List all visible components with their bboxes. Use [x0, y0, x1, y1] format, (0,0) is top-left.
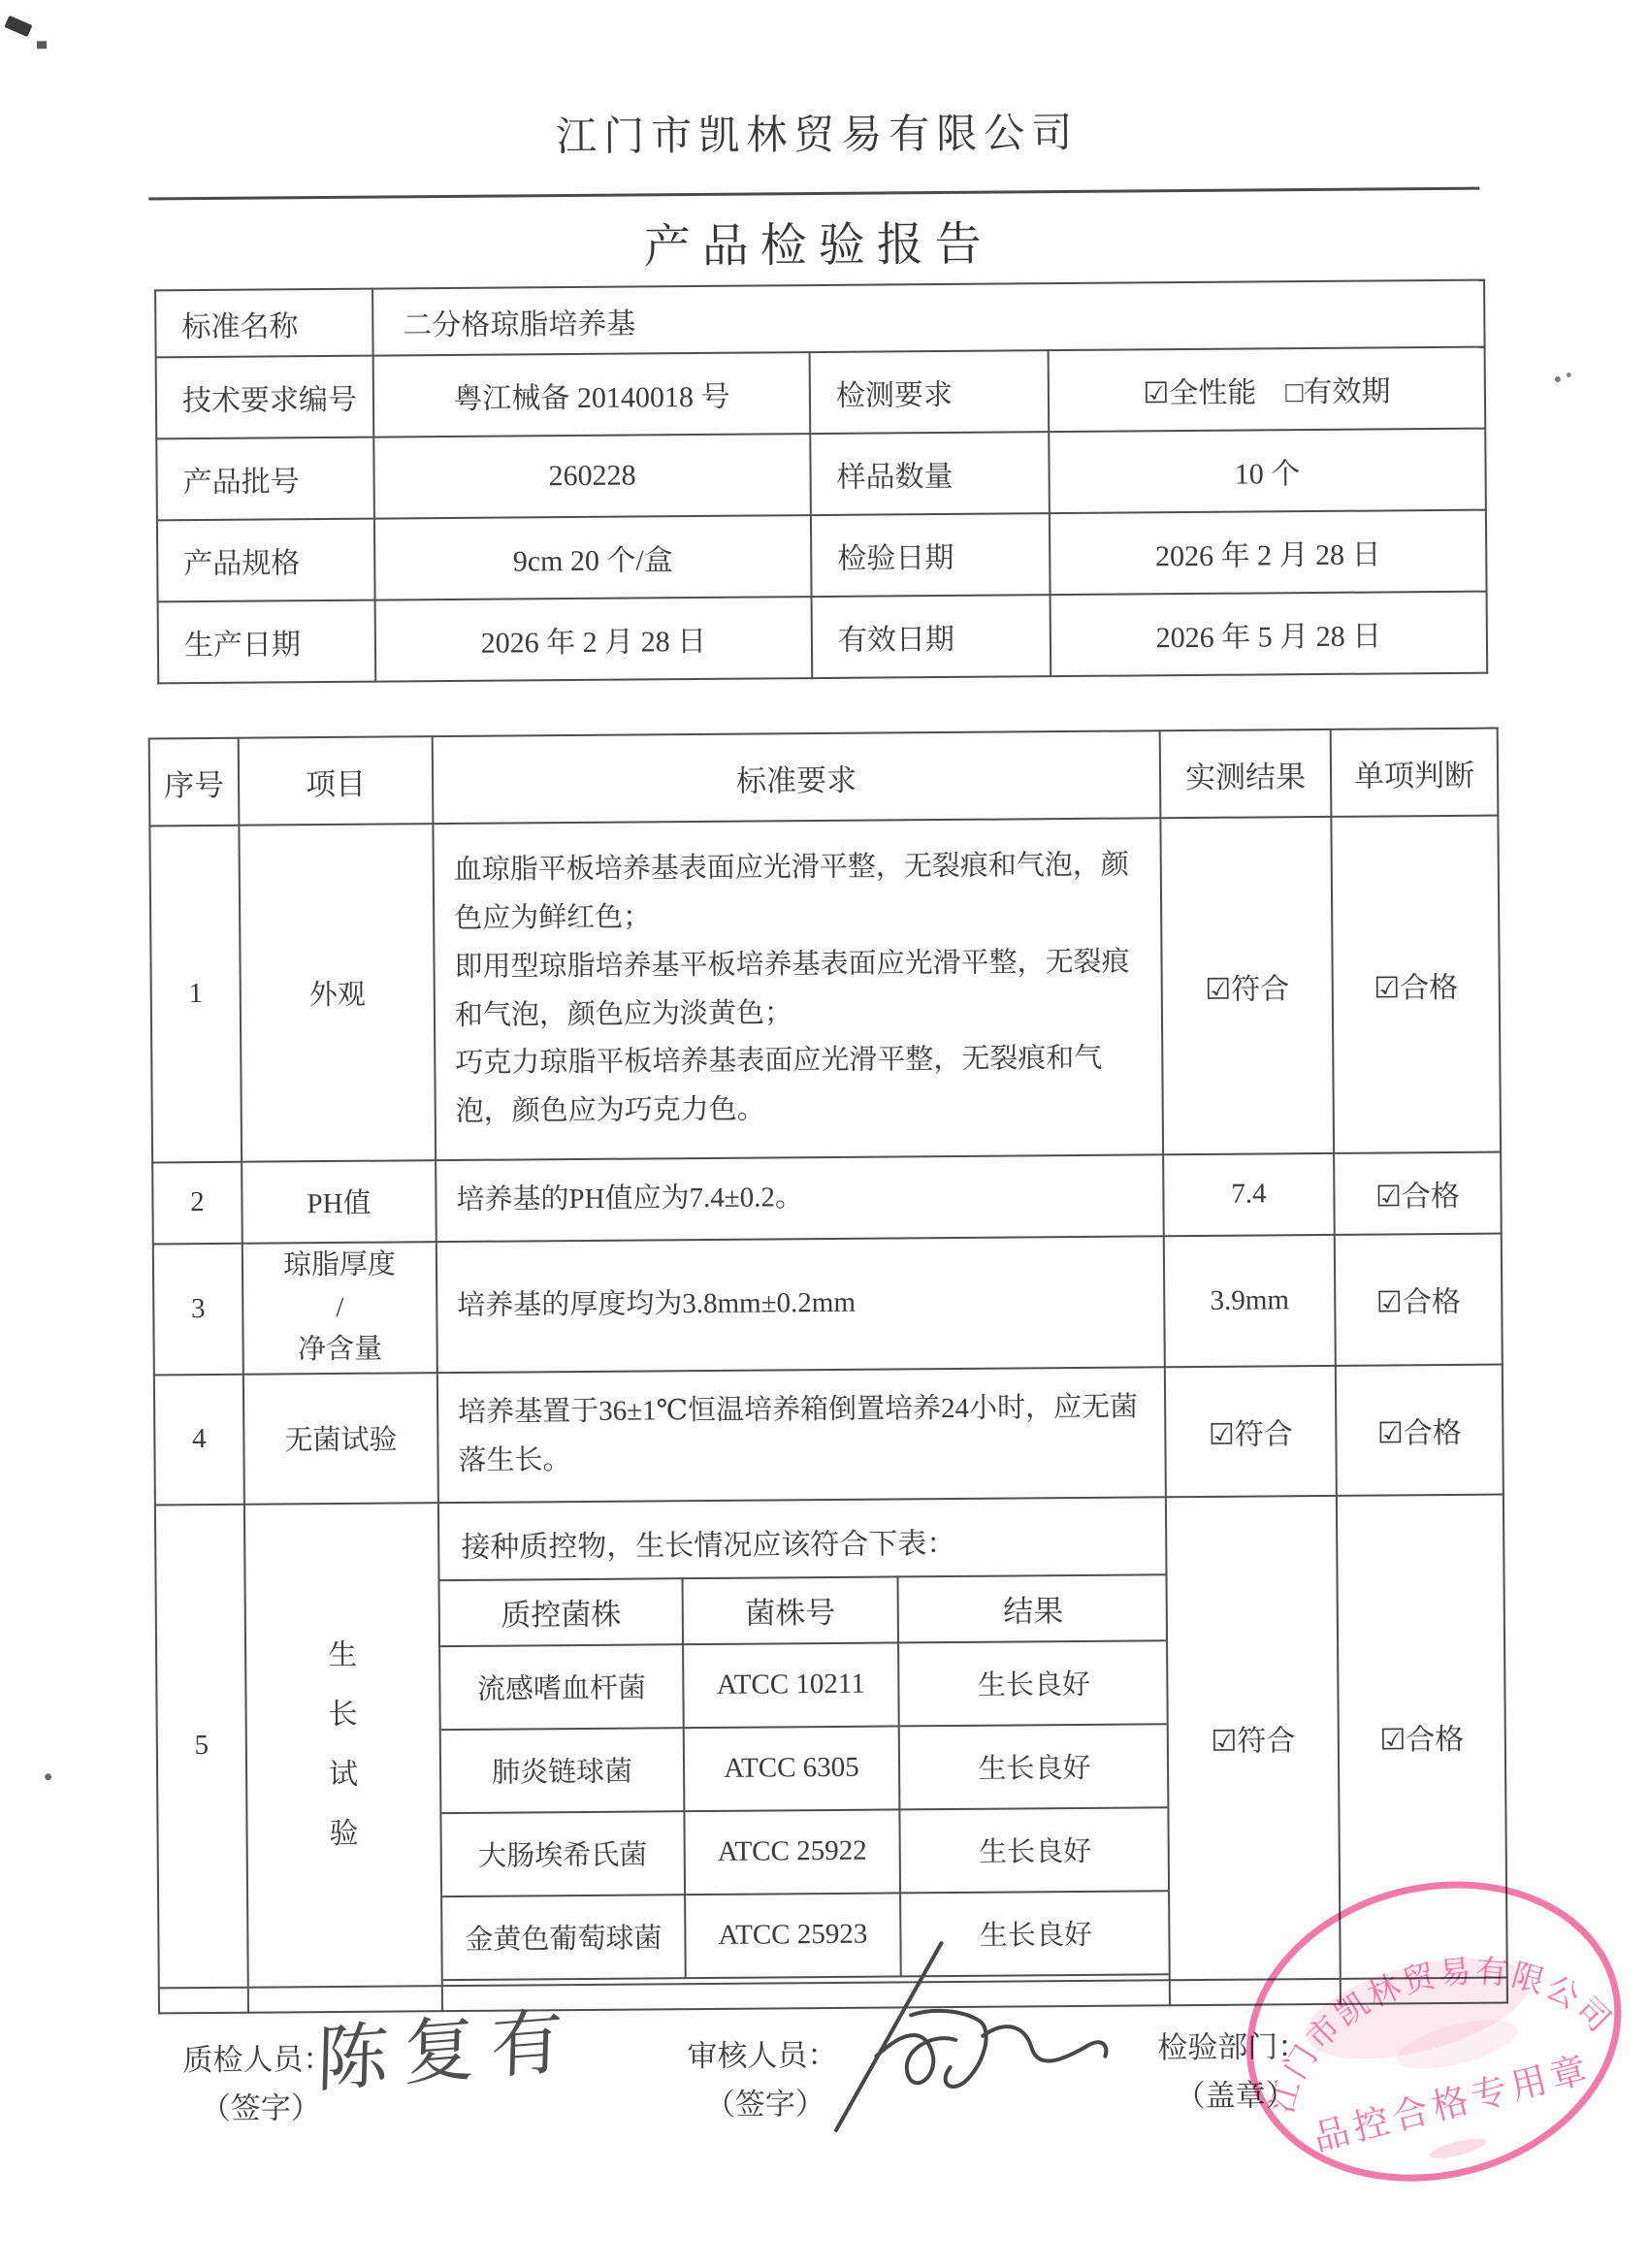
requirement-paragraph: 血琼脂平板培养基表面应光滑平整，无裂痕和气泡，颜色应为鲜红色； — [454, 841, 1142, 943]
requirement-growth: 接种质控物，生长情况应该符合下表： 质控菌株 菌株号 结果 流感嗜血杆菌 ATC… — [438, 1497, 1170, 1986]
test-results-table: 序号 项目 标准要求 实测结果 单项判断 1 外观 血琼脂平板培养基表面应光滑平… — [148, 728, 1508, 2015]
strain-result: 生长良好 — [899, 1807, 1169, 1893]
strain-no: ATCC 10211 — [683, 1642, 899, 1728]
item-growth: 生长试验 — [244, 1503, 442, 1988]
sample-qty-value: 10 个 — [1049, 429, 1486, 514]
item-line: 琼脂厚度 — [244, 1244, 435, 1287]
inner-header-row: 质控菌株 菌株号 结果 — [440, 1574, 1169, 1646]
item-ph: PH值 — [242, 1160, 436, 1243]
requirement-appearance: 血琼脂平板培养基表面应光滑平整，无裂痕和气泡，颜色应为鲜红色； 即用型琼脂培养基… — [433, 818, 1163, 1160]
tech-req-no-label: 技术要求编号 — [156, 356, 374, 439]
requirement-paragraph: 巧克力琼脂平板培养基表面应光滑平整，无裂痕和气泡，颜色应为巧克力色。 — [455, 1035, 1143, 1137]
scan-artifact — [37, 41, 47, 49]
scanned-report-page: 江门市凯林贸易有限公司 产品检验报告 标准名称 二分格琼脂培养基 技术要求编号 … — [0, 0, 1649, 2268]
spec-value: 9cm 20 个/盒 — [374, 515, 812, 600]
inspector-sub-label: （签字） — [201, 2083, 321, 2127]
judgement-checkbox: ☑合格 — [1335, 1233, 1503, 1365]
expiry-date-label: 有效日期 — [812, 595, 1051, 678]
column-header-no: 序号 — [149, 738, 240, 826]
table-row-appearance: 1 外观 血琼脂平板培养基表面应光滑平整，无裂痕和气泡，颜色应为鲜红色； 即用型… — [149, 816, 1501, 1163]
document-body: 江门市凯林贸易有限公司 产品检验报告 标准名称 二分格琼脂培养基 技术要求编号 … — [0, 0, 1649, 2268]
result-checkbox: ☑符合 — [1165, 1366, 1337, 1497]
result-value: 7.4 — [1163, 1153, 1335, 1236]
item-thickness: 琼脂厚度 / 净含量 — [242, 1242, 437, 1375]
batch-no-label: 产品批号 — [156, 437, 374, 521]
row-no: 2 — [152, 1162, 242, 1245]
reviewer-signature — [817, 1938, 1129, 2145]
item-appearance: 外观 — [239, 824, 436, 1162]
growth-intro-text: 接种质控物，生长情况应该符合下表： — [439, 1498, 1166, 1579]
inner-header-result: 结果 — [898, 1574, 1169, 1642]
test-requirement-checkboxes: ☑全性能 □有效期 — [1049, 347, 1486, 433]
row-no: 3 — [153, 1244, 243, 1376]
table-row: 产品批号 260228 样品数量 10 个 — [156, 429, 1486, 521]
strain-result: 生长良好 — [898, 1640, 1169, 1726]
inner-header-strain: 质控菌株 — [440, 1578, 684, 1646]
inner-header-strain-no: 菌株号 — [683, 1576, 899, 1644]
inner-row: 大肠埃希氏菌 ATCC 25922 生长良好 — [441, 1807, 1169, 1896]
table-row: 生产日期 2026 年 2 月 28 日 有效日期 2026 年 5 月 28 … — [158, 592, 1488, 684]
requirement-paragraph: 即用型琼脂培养基平板培养基表面应光滑平整，无裂痕和气泡，颜色应为淡黄色； — [454, 938, 1142, 1040]
table-row-sterility: 4 无菌试验 培养基置于36±1℃恒温培养箱倒置培养24小时，应无菌落生长。 ☑… — [154, 1364, 1503, 1505]
item-line: 净含量 — [244, 1328, 435, 1372]
inner-row: 肺炎链球菌 ATCC 6305 生长良好 — [441, 1724, 1170, 1813]
scan-artifact — [4, 16, 32, 37]
standard-name-label: 标准名称 — [155, 289, 373, 358]
production-date-label: 生产日期 — [158, 600, 376, 684]
inner-row: 流感嗜血杆菌 ATCC 10211 生长良好 — [440, 1640, 1169, 1730]
judgement-checkbox: ☑合格 — [1336, 1364, 1503, 1495]
strain-no: ATCC 25922 — [684, 1809, 900, 1895]
table-row: 技术要求编号 粤江械备 20140018 号 检测要求 ☑全性能 □有效期 — [156, 347, 1486, 439]
tech-req-no-value: 粤江械备 20140018 号 — [373, 352, 811, 437]
column-header-judgement: 单项判断 — [1331, 729, 1499, 817]
table-row: 标准名称 二分格琼脂培养基 — [155, 280, 1484, 358]
result-value: 3.9mm — [1164, 1235, 1336, 1367]
column-header-item: 项目 — [239, 736, 434, 826]
scan-artifact — [1555, 376, 1561, 382]
column-header-requirement: 标准要求 — [433, 730, 1161, 824]
inspection-date-label: 检验日期 — [811, 513, 1051, 597]
strain-name: 肺炎链球菌 — [441, 1728, 685, 1813]
inspection-date-value: 2026 年 2 月 28 日 — [1050, 510, 1487, 596]
table-row-ph: 2 PH值 培养基的PH值应为7.4±0.2。 7.4 ☑合格 — [152, 1152, 1502, 1245]
standard-name-value: 二分格琼脂培养基 — [372, 280, 1485, 356]
reviewer-sub-label: （签字） — [705, 2079, 825, 2123]
batch-no-value: 260228 — [373, 434, 811, 519]
quality-control-strain-table: 质控菌株 菌株号 结果 流感嗜血杆菌 ATCC 10211 生长良好 肺炎链球菌… — [440, 1573, 1170, 1981]
test-requirement-label: 检测要求 — [810, 350, 1050, 434]
strain-name: 流感嗜血杆菌 — [440, 1644, 684, 1730]
strain-result: 生长良好 — [899, 1724, 1170, 1809]
strain-no: ATCC 6305 — [684, 1726, 900, 1811]
table-row: 产品规格 9cm 20 个/盒 检验日期 2026 年 2 月 28 日 — [157, 510, 1487, 602]
inspector-label: 质检人员： — [182, 2034, 333, 2079]
stamp-smudge — [1428, 2134, 1488, 2162]
inspector-signature: 陈复有 — [315, 1983, 579, 2106]
strain-name: 大肠埃希氏菌 — [441, 1811, 685, 1896]
requirement-sterility: 培养基置于36±1℃恒温培养箱倒置培养24小时，应无菌落生长。 — [437, 1367, 1166, 1503]
strain-name: 金黄色葡萄球菌 — [442, 1895, 686, 1980]
production-date-value: 2026 年 2 月 28 日 — [375, 597, 813, 682]
header-divider-line — [148, 187, 1479, 201]
requirement-thickness: 培养基的厚度均为3.8mm±0.2mm — [436, 1236, 1165, 1373]
row-no: 4 — [154, 1375, 244, 1505]
judgement-checkbox: ☑合格 — [1331, 816, 1501, 1153]
item-growth-vertical-text: 生长试验 — [323, 1625, 363, 1863]
table-row-thickness: 3 琼脂厚度 / 净含量 培养基的厚度均为3.8mm±0.2mm 3.9mm ☑… — [153, 1233, 1503, 1375]
table-header-row: 序号 项目 标准要求 实测结果 单项判断 — [149, 729, 1499, 826]
scan-artifact — [1567, 373, 1571, 377]
item-sterility: 无菌试验 — [243, 1373, 438, 1504]
row-no: 5 — [155, 1504, 248, 1988]
company-name: 江门市凯林贸易有限公司 — [0, 96, 1642, 167]
item-line: / — [244, 1286, 435, 1330]
requirement-ph: 培养基的PH值应为7.4±0.2。 — [436, 1154, 1164, 1242]
expiry-date-value: 2026 年 5 月 28 日 — [1051, 592, 1488, 677]
result-checkbox: ☑符合 — [1160, 817, 1334, 1154]
spec-label: 产品规格 — [157, 519, 375, 602]
row-no: 1 — [149, 826, 242, 1163]
reviewer-label: 审核人员： — [687, 2030, 837, 2075]
column-header-result: 实测结果 — [1160, 729, 1332, 818]
empty-cell — [159, 1987, 248, 2013]
product-info-table: 标准名称 二分格琼脂培养基 技术要求编号 粤江械备 20140018 号 检测要… — [154, 279, 1488, 685]
scan-artifact — [45, 1773, 51, 1780]
report-title: 产品检验报告 — [0, 201, 1643, 280]
sample-qty-label: 样品数量 — [810, 432, 1050, 515]
judgement-checkbox: ☑合格 — [1334, 1152, 1502, 1235]
